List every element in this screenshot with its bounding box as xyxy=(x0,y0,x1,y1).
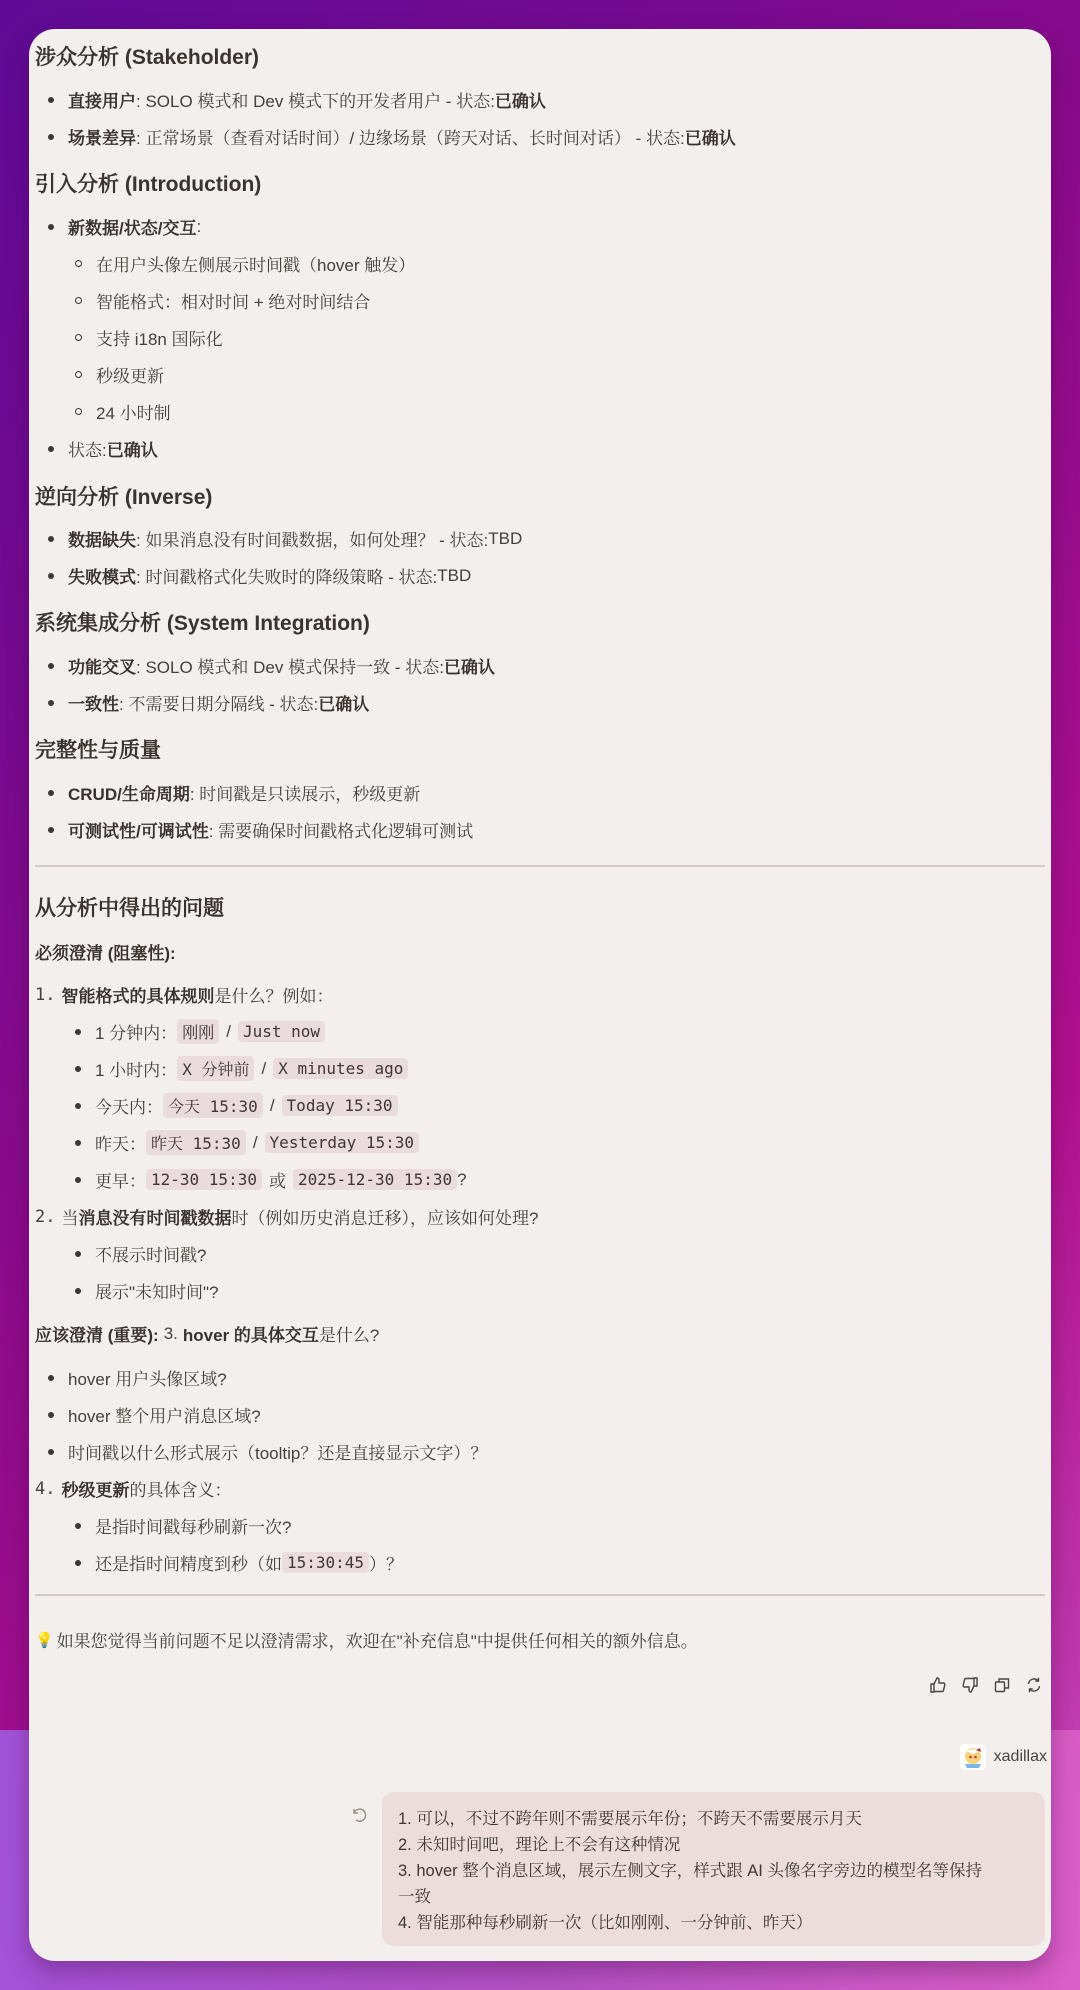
question-text: 当 xyxy=(61,1204,78,1229)
item-text: hover 整个用户消息区域? xyxy=(68,1402,261,1427)
question-1: 1. 智能格式的具体规则 是什么？例如： xyxy=(35,982,333,1007)
label-text: 必须澄清 (阻塞性): xyxy=(35,939,176,964)
separator: / xyxy=(261,1059,266,1079)
inline-code: 2025-12-30 15:30 xyxy=(293,1169,457,1190)
item-text: 支持 i18n 国际化 xyxy=(96,325,223,350)
question-3: 应该澄清 (重要): 3. hover 的具体交互 是什么? xyxy=(35,1321,379,1346)
status-badge: 已确认 xyxy=(495,87,546,112)
bullet-icon xyxy=(75,1177,81,1183)
separator: / xyxy=(270,1096,275,1116)
bullet-icon xyxy=(48,827,54,833)
item-text: hover 用户头像区域? xyxy=(68,1365,227,1390)
separator: / xyxy=(226,1022,231,1042)
bullet-icon xyxy=(48,1449,54,1455)
message-line: 3. hover 整个消息区域，展示左侧文字，样式跟 AI 头像名字旁边的模型名… xyxy=(398,1858,1029,1884)
bullet-icon xyxy=(75,1251,81,1257)
tip-line: 💡 如果您觉得当前问题不足以澄清需求，欢迎在"补充信息"中提供任何相关的额外信息… xyxy=(35,1627,698,1652)
question-text: 是什么？例如： xyxy=(214,982,333,1007)
list-item: 失败模式 : 时间戳格式化失败时的降级策略 - 状态: TBD xyxy=(48,563,471,588)
list-item: CRUD/生命周期 : 时间戳是只读展示，秒级更新 xyxy=(48,780,420,805)
question-number: 1. xyxy=(35,985,55,1005)
list-item: 是指时间戳每秒刷新一次? xyxy=(75,1513,291,1538)
copy-icon[interactable] xyxy=(993,1676,1011,1694)
questions-title: 从分析中得出的问题 xyxy=(35,892,224,922)
item-label: 一致性 xyxy=(68,690,119,715)
bullet-icon xyxy=(75,1103,81,1109)
item-text: : xyxy=(196,217,201,237)
item-text: 是指时间戳每秒刷新一次? xyxy=(95,1513,291,1538)
sub-list-item: 在用户头像左侧展示时间戳（hover 触发） xyxy=(75,251,415,276)
item-text: ? xyxy=(457,1170,466,1190)
list-item: 直接用户 : SOLO 模式和 Dev 模式下的开发者用户 - 状态: 已确认 xyxy=(48,87,546,112)
item-text: 还是指时间精度到秒（如 xyxy=(95,1550,282,1575)
item-text: : SOLO 模式和 Dev 模式保持一致 - 状态: xyxy=(136,653,444,678)
sub-list-item: 秒级更新 xyxy=(75,362,164,387)
bullet-icon xyxy=(75,1066,81,1072)
status-badge: 已确认 xyxy=(444,653,495,678)
bullet-icon xyxy=(75,1523,81,1529)
list-item: 更早： 12-30 15:30 或 2025-12-30 15:30 ? xyxy=(75,1167,467,1192)
inline-code: X 分钟前 xyxy=(177,1056,254,1081)
list-item: hover 用户头像区域? xyxy=(48,1365,227,1390)
item-label: 失败模式 xyxy=(68,563,136,588)
item-label: 直接用户 xyxy=(68,87,136,112)
item-label: 可测试性/可调试性 xyxy=(68,817,209,842)
question-bold: 秒级更新 xyxy=(61,1476,129,1501)
user-header: xadillax xyxy=(960,1744,1047,1770)
should-clarify-label: 应该澄清 (重要): xyxy=(35,1321,159,1346)
message-line: 4. 智能那种每秒刷新一次（比如刚刚、一分钟前、昨天） xyxy=(398,1910,1029,1936)
list-item: 功能交叉 : SOLO 模式和 Dev 模式保持一致 - 状态: 已确认 xyxy=(48,653,495,678)
user-message-bubble: 1. 可以，不过不跨年则不需要展示年份；不跨天不需要展示月天 2. 未知时间吧，… xyxy=(382,1792,1045,1946)
status-badge: TBD xyxy=(488,529,522,549)
bullet-icon xyxy=(75,1288,81,1294)
section-title-introduction: 引入分析 (Introduction) xyxy=(35,168,261,198)
item-text: : 时间戳格式化失败时的降级策略 - 状态: xyxy=(136,563,437,588)
item-label: CRUD/生命周期 xyxy=(68,780,190,805)
question-text: 的具体含义： xyxy=(129,1476,231,1501)
item-label: 功能交叉 xyxy=(68,653,136,678)
item-label: 更早： xyxy=(95,1167,146,1192)
thumbs-up-icon[interactable] xyxy=(929,1676,947,1694)
item-text: ）？ xyxy=(369,1550,403,1575)
item-text: : 如果消息没有时间戳数据，如何处理？ - 状态: xyxy=(136,526,488,551)
inline-code: 12-30 15:30 xyxy=(146,1169,262,1190)
bullet-icon xyxy=(48,573,54,579)
item-label: 场景差异 xyxy=(68,124,136,149)
question-4: 4. 秒级更新 的具体含义： xyxy=(35,1476,231,1501)
bullet-icon xyxy=(48,1412,54,1418)
status-badge: 已确认 xyxy=(685,124,736,149)
item-text: 24 小时制 xyxy=(96,399,171,424)
divider xyxy=(35,1594,1045,1596)
inline-code: 今天 15:30 xyxy=(163,1093,263,1118)
section-title-stakeholder: 涉众分析 (Stakeholder) xyxy=(35,41,259,71)
question-text: 时（例如历史消息迁移），应该如何处理? xyxy=(231,1204,538,1229)
thumbs-down-icon[interactable] xyxy=(961,1676,979,1694)
message-actions xyxy=(929,1676,1043,1694)
bullet-icon xyxy=(48,790,54,796)
item-text: : 不需要日期分隔线 - 状态: xyxy=(119,690,318,715)
item-text: 展示"未知时间"? xyxy=(95,1278,219,1303)
bullet-icon xyxy=(48,97,54,103)
section-title-quality: 完整性与质量 xyxy=(35,734,161,764)
list-item: 一致性 : 不需要日期分隔线 - 状态: 已确认 xyxy=(48,690,369,715)
question-number: 4. xyxy=(35,1479,55,1499)
avatar[interactable] xyxy=(960,1744,986,1770)
question-text: 是什么? xyxy=(319,1321,379,1346)
bullet-icon xyxy=(48,536,54,542)
list-item: 场景差异 : 正常场景（查看对话时间）/ 边缘场景（跨天对话、长时间对话） - … xyxy=(48,124,736,149)
question-bold: hover 的具体交互 xyxy=(183,1321,319,1346)
sub-list-item: 支持 i18n 国际化 xyxy=(75,325,223,350)
bullet-icon xyxy=(48,446,54,452)
inline-code: Just now xyxy=(238,1021,325,1042)
lightbulb-icon: 💡 xyxy=(35,1631,54,1649)
bullet-icon xyxy=(48,663,54,669)
undo-icon[interactable] xyxy=(349,1805,369,1825)
status-badge: 已确认 xyxy=(318,690,369,715)
list-item: 1 小时内： X 分钟前 / X minutes ago xyxy=(75,1056,408,1081)
list-item: 昨天： 昨天 15:30 / Yesterday 15:30 xyxy=(75,1130,419,1155)
inline-code: X minutes ago xyxy=(273,1058,408,1079)
inline-code: 15:30:45 xyxy=(282,1552,369,1573)
item-text: 不展示时间戳? xyxy=(95,1241,206,1266)
circle-bullet-icon xyxy=(75,408,82,415)
list-item: 今天内： 今天 15:30 / Today 15:30 xyxy=(75,1093,398,1118)
bullet-icon xyxy=(48,224,54,230)
circle-bullet-icon xyxy=(75,334,82,341)
item-label: 1 小时内： xyxy=(95,1056,177,1081)
item-text: : SOLO 模式和 Dev 模式下的开发者用户 - 状态: xyxy=(136,87,495,112)
chat-panel: 涉众分析 (Stakeholder) 直接用户 : SOLO 模式和 Dev 模… xyxy=(29,29,1051,1961)
bullet-icon xyxy=(75,1029,81,1035)
question-number: 2. xyxy=(35,1207,55,1227)
item-text: 秒级更新 xyxy=(96,362,164,387)
regenerate-icon[interactable] xyxy=(1025,1676,1043,1694)
list-item: 数据缺失 : 如果消息没有时间戳数据，如何处理？ - 状态: TBD xyxy=(48,526,522,551)
separator: / xyxy=(253,1133,258,1153)
item-text: 智能格式：相对时间 + 绝对时间结合 xyxy=(96,288,370,313)
item-text: : 正常场景（查看对话时间）/ 边缘场景（跨天对话、长时间对话） - 状态: xyxy=(136,124,685,149)
status-badge: 已确认 xyxy=(107,436,158,461)
inline-code: Yesterday 15:30 xyxy=(265,1132,420,1153)
question-bold: 智能格式的具体规则 xyxy=(61,982,214,1007)
item-label: 1 分钟内： xyxy=(95,1019,177,1044)
item-label: 今天内： xyxy=(95,1093,163,1118)
sub-list-item: 24 小时制 xyxy=(75,399,171,424)
circle-bullet-icon xyxy=(75,371,82,378)
section-title-integration: 系统集成分析 (System Integration) xyxy=(35,607,370,637)
separator: 或 xyxy=(269,1167,286,1192)
item-text: : 时间戳是只读展示，秒级更新 xyxy=(190,780,420,805)
item-label: 数据缺失 xyxy=(68,526,136,551)
message-line: 一致 xyxy=(398,1884,1029,1910)
list-item: 1 分钟内： 刚刚 / Just now xyxy=(75,1019,325,1044)
circle-bullet-icon xyxy=(75,260,82,267)
question-bold: 消息没有时间戳数据 xyxy=(78,1204,231,1229)
bullet-icon xyxy=(48,1375,54,1381)
message-line: 2. 未知时间吧，理论上不会有这种情况 xyxy=(398,1832,1029,1858)
bullet-icon xyxy=(75,1140,81,1146)
question-number: 3. xyxy=(164,1324,178,1344)
list-item: 可测试性/可调试性 : 需要确保时间戳格式化逻辑可测试 xyxy=(48,817,473,842)
list-item: 新数据/状态/交互 : xyxy=(48,214,201,239)
item-label: 昨天： xyxy=(95,1130,146,1155)
inline-code: 刚刚 xyxy=(177,1019,219,1044)
sub-list-item: 智能格式：相对时间 + 绝对时间结合 xyxy=(75,288,370,313)
message-line: 1. 可以，不过不跨年则不需要展示年份；不跨天不需要展示月天 xyxy=(398,1806,1029,1832)
list-item: 展示"未知时间"? xyxy=(75,1278,219,1303)
circle-bullet-icon xyxy=(75,297,82,304)
item-text: 状态: xyxy=(68,436,107,461)
inline-code: Today 15:30 xyxy=(282,1095,398,1116)
list-item: 不展示时间戳? xyxy=(75,1241,206,1266)
username: xadillax xyxy=(994,1748,1047,1766)
status-badge: TBD xyxy=(437,566,471,586)
item-label: 新数据/状态/交互 xyxy=(68,214,196,239)
list-item: 还是指时间精度到秒（如 15:30:45 ）？ xyxy=(75,1550,403,1575)
inline-code: 昨天 15:30 xyxy=(146,1130,246,1155)
item-text: 在用户头像左侧展示时间戳（hover 触发） xyxy=(96,251,415,276)
item-text: 时间戳以什么形式展示（tooltip？还是直接显示文字）？ xyxy=(68,1439,487,1464)
list-item: hover 整个用户消息区域? xyxy=(48,1402,261,1427)
bullet-icon xyxy=(48,134,54,140)
question-2: 2. 当 消息没有时间戳数据 时（例如历史消息迁移），应该如何处理? xyxy=(35,1204,538,1229)
bullet-icon xyxy=(48,700,54,706)
item-text: : 需要确保时间戳格式化逻辑可测试 xyxy=(209,817,473,842)
must-clarify-label: 必须澄清 (阻塞性): xyxy=(35,939,176,964)
list-item: 时间戳以什么形式展示（tooltip？还是直接显示文字）？ xyxy=(48,1439,487,1464)
tip-text: 如果您觉得当前问题不足以澄清需求，欢迎在"补充信息"中提供任何相关的额外信息。 xyxy=(57,1627,698,1652)
section-title-inverse: 逆向分析 (Inverse) xyxy=(35,481,212,511)
list-item: 状态: 已确认 xyxy=(48,436,158,461)
bullet-icon xyxy=(75,1560,81,1566)
divider xyxy=(35,865,1045,867)
